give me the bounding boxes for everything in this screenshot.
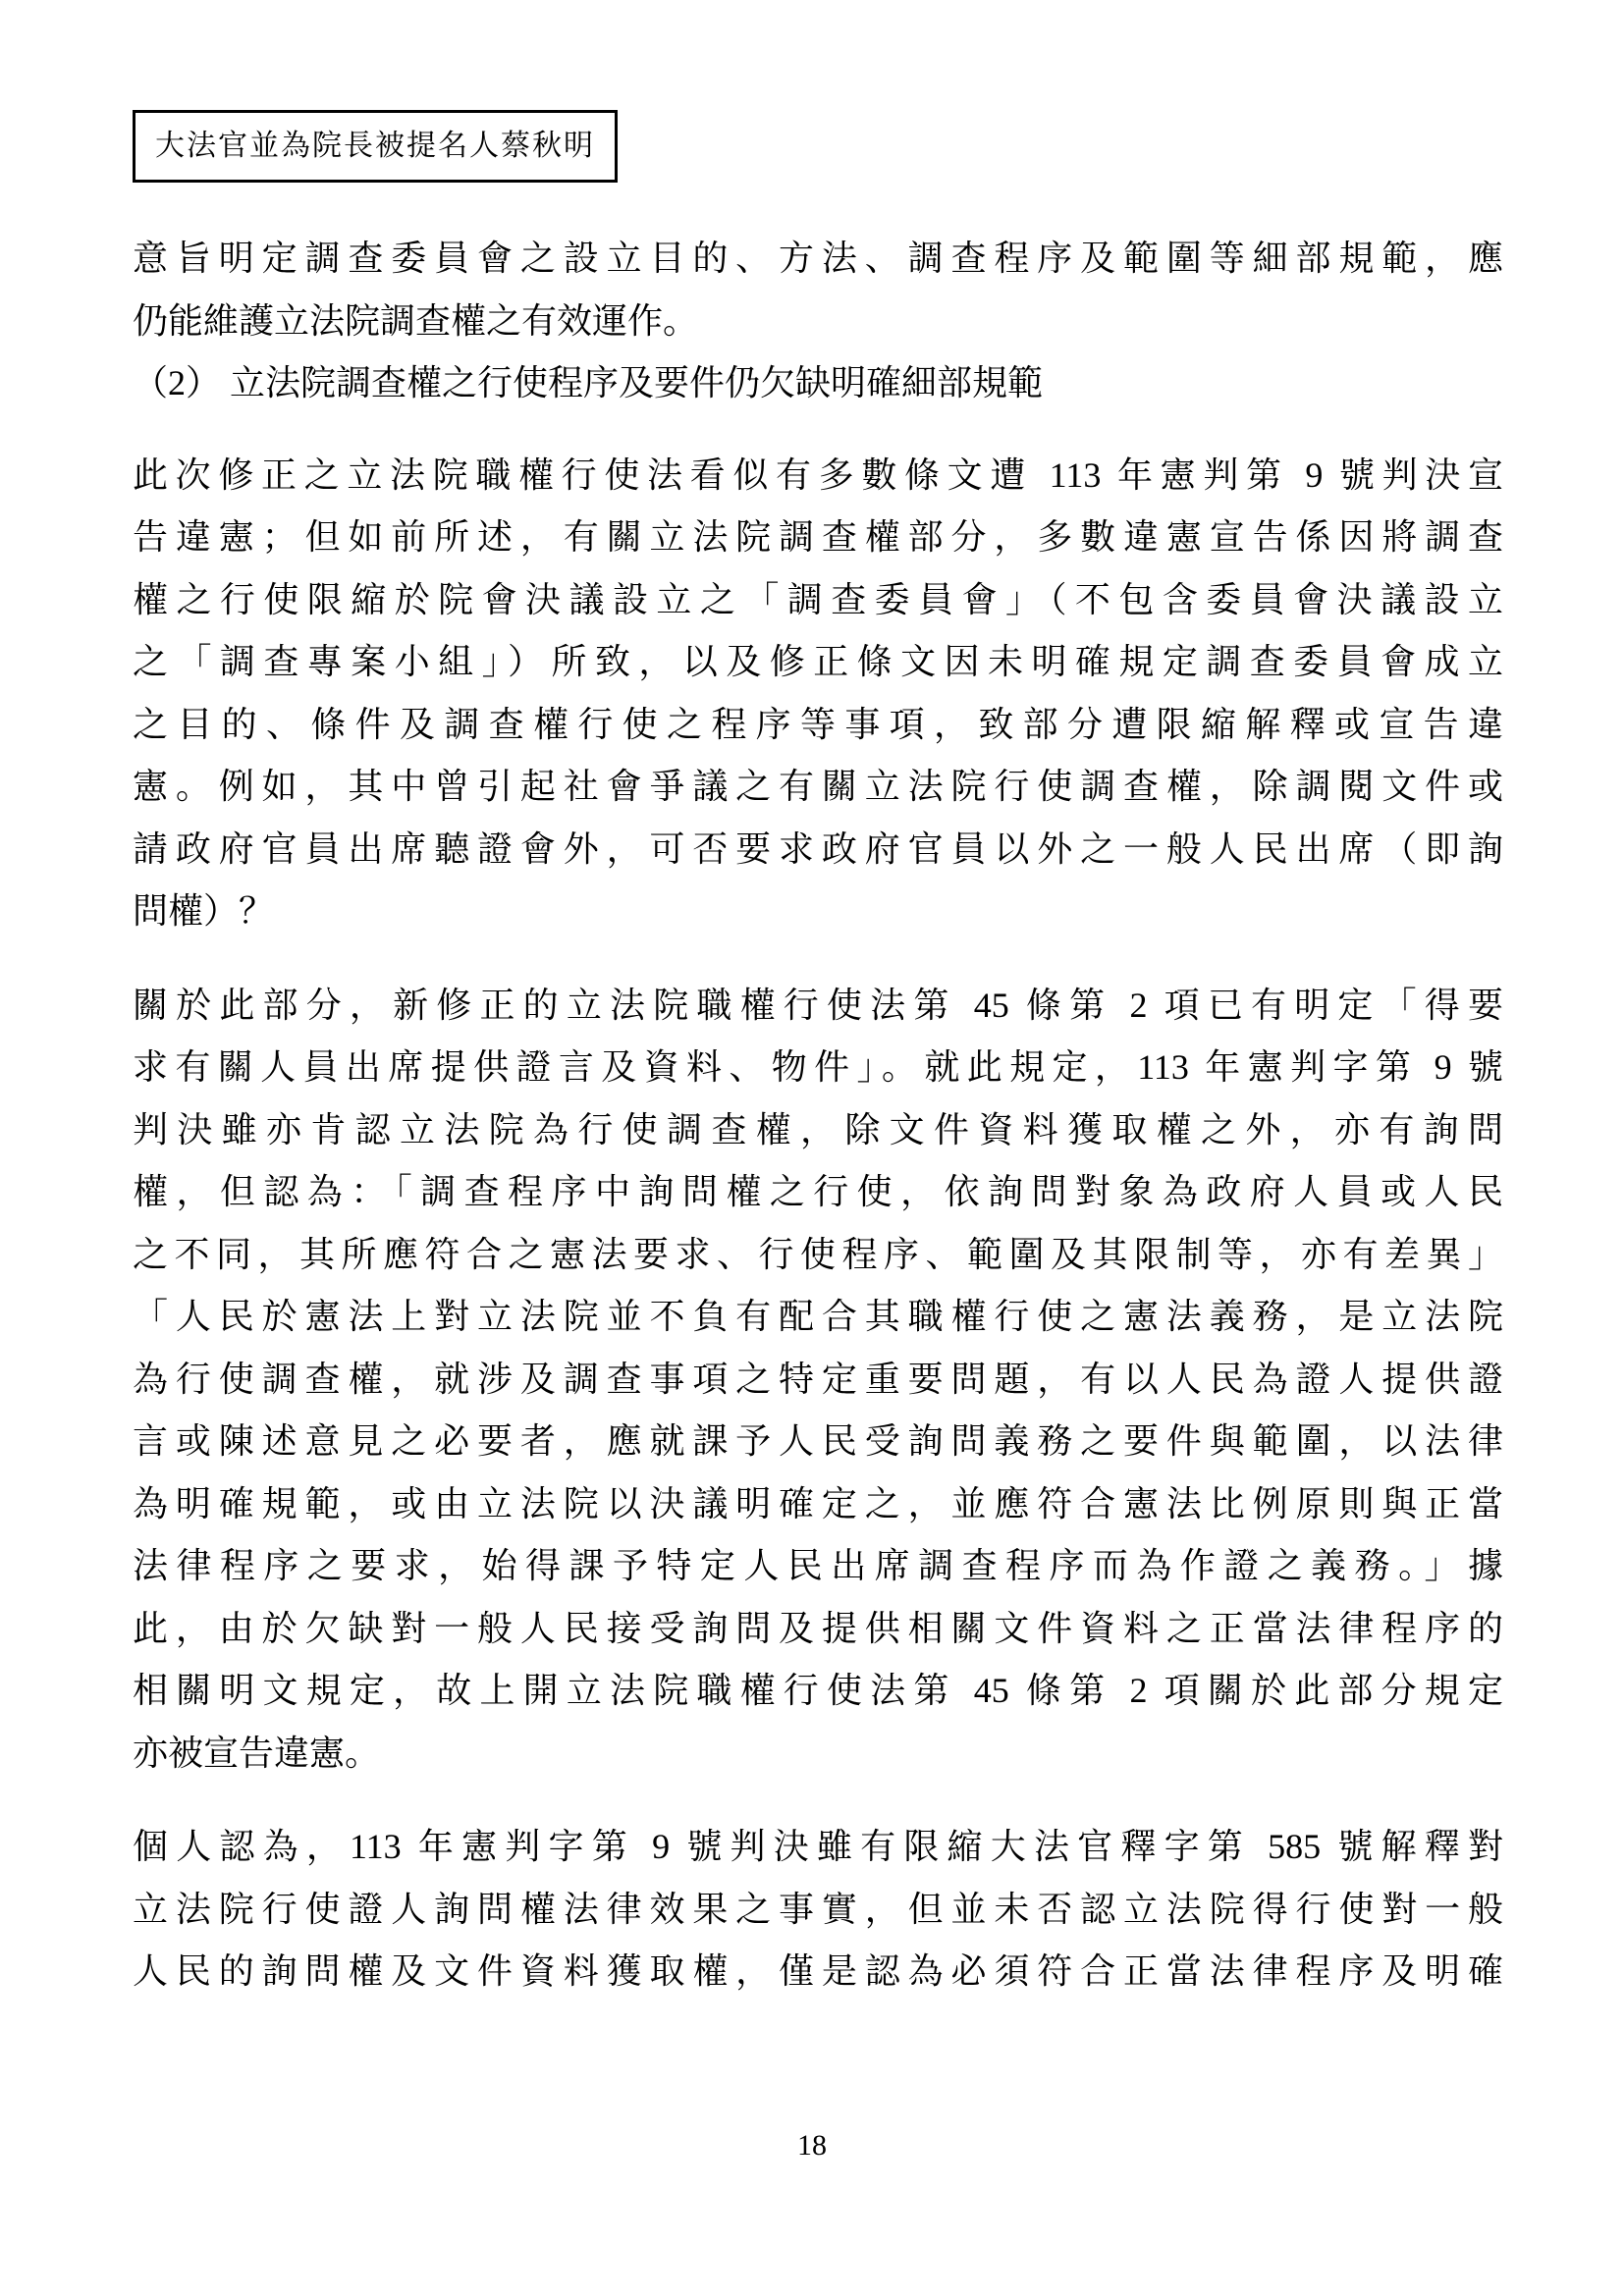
text-line: 為明確規範，或由立法院以決議明確定之，並應符合憲法比例原則與正當	[133, 1473, 1503, 1536]
page-number: 18	[0, 2128, 1624, 2163]
paragraph-judgment: 關於此部分，新修正的立法院職權行使法第 45 條第 2 項已有明定「得要 求有關…	[133, 975, 1503, 1786]
text-line: 權，但認為：「調查程序中詢問權之行使，依詢問對象為政府人員或人民	[133, 1161, 1503, 1224]
text-line: 之目的、條件及調查權行使之程序等事項，致部分遭限縮解釋或宣告違	[133, 694, 1503, 757]
text-line: 之「調查專案小組」）所致，以及修正條文因未明確規定調查委員會成立	[133, 631, 1503, 694]
header-nominee-box: 大法官並為院長被提名人蔡秋明	[133, 110, 618, 183]
text-line: 人民的詢問權及文件資料獲取權，僅是認為必須符合正當法律程序及明確	[133, 1941, 1503, 2003]
text-line: 立法院行使證人詢問權法律效果之事實，但並未否認立法院得行使對一般	[133, 1879, 1503, 1942]
text-line: 憲。例如，其中曾引起社會爭議之有關立法院行使調查權，除調閱文件或	[133, 756, 1503, 819]
text-block: 大法官並為院長被提名人蔡秋明 意旨明定調查委員會之設立目的、方法、調查程序及範圍…	[133, 110, 1503, 2003]
text-line: 相關明文規定，故上開立法院職權行使法第 45 條第 2 項關於此部分規定	[133, 1660, 1503, 1723]
text-line: 判決雖亦肯認立法院為行使調查權，除文件資料獲取權之外，亦有詢問	[133, 1099, 1503, 1162]
text-line: 「人民於憲法上對立法院並不負有配合其職權行使之憲法義務，是立法院	[133, 1286, 1503, 1349]
text-line: 之不同，其所應符合之憲法要求、行使程序、範圍及其限制等，亦有差異」	[133, 1224, 1503, 1287]
text-line: 言或陳述意見之必要者，應就課予人民受詢問義務之要件與範圍，以法律	[133, 1411, 1503, 1473]
paragraph-opinion: 個人認為，113 年憲判字第 9 號判決雖有限縮大法官釋字第 585 號解釋對 …	[133, 1816, 1503, 2003]
text-line: 告違憲；但如前所述，有關立法院調查權部分，多數違憲宣告係因將調查	[133, 507, 1503, 569]
text-line: 權之行使限縮於院會決議設立之「調查委員會」（不包含委員會決議設立	[133, 569, 1503, 632]
document-page: 大法官並為院長被提名人蔡秋明 意旨明定調查委員會之設立目的、方法、調查程序及範圍…	[0, 0, 1624, 2296]
text-line: 問權）？	[133, 881, 1503, 943]
text-line: 此，由於欠缺對一般人民接受詢問及提供相關文件資料之正當法律程序的	[133, 1598, 1503, 1661]
text-line: 法律程序之要求，始得課予特定人民出席調查程序而為作證之義務。」據	[133, 1535, 1503, 1598]
section-heading: （2） 立法院調查權之行使程序及要件仍欠缺明確細部規範	[133, 352, 1503, 415]
text-line: 個人認為，113 年憲判字第 9 號判決雖有限縮大法官釋字第 585 號解釋對	[133, 1816, 1503, 1879]
text-line: 求有關人員出席提供證言及資料、物件」。就此規定，113 年憲判字第 9 號	[133, 1037, 1503, 1099]
text-line: 關於此部分，新修正的立法院職權行使法第 45 條第 2 項已有明定「得要	[133, 975, 1503, 1038]
text-line: 此次修正之立法院職權行使法看似有多數條文遭 113 年憲判第 9 號判決宣	[133, 445, 1503, 507]
text-line: 亦被宣告違憲。	[133, 1723, 1503, 1786]
text-line: 意旨明定調查委員會之設立目的、方法、調查程序及範圍等細部規範，應	[133, 228, 1503, 291]
paragraph-intro: 意旨明定調查委員會之設立目的、方法、調查程序及範圍等細部規範，應 仍能維護立法院…	[133, 228, 1503, 352]
text-line: 為行使調查權，就涉及調查事項之特定重要問題，有以人民為證人提供證	[133, 1349, 1503, 1412]
paragraph-analysis: 此次修正之立法院職權行使法看似有多數條文遭 113 年憲判第 9 號判決宣 告違…	[133, 445, 1503, 943]
header-nominee-label: 大法官並為院長被提名人蔡秋明	[155, 130, 595, 162]
text-line: 請政府官員出席聽證會外，可否要求政府官員以外之一般人民出席（即詢	[133, 819, 1503, 881]
text-line: 仍能維護立法院調查權之有效運作。	[133, 291, 1503, 353]
